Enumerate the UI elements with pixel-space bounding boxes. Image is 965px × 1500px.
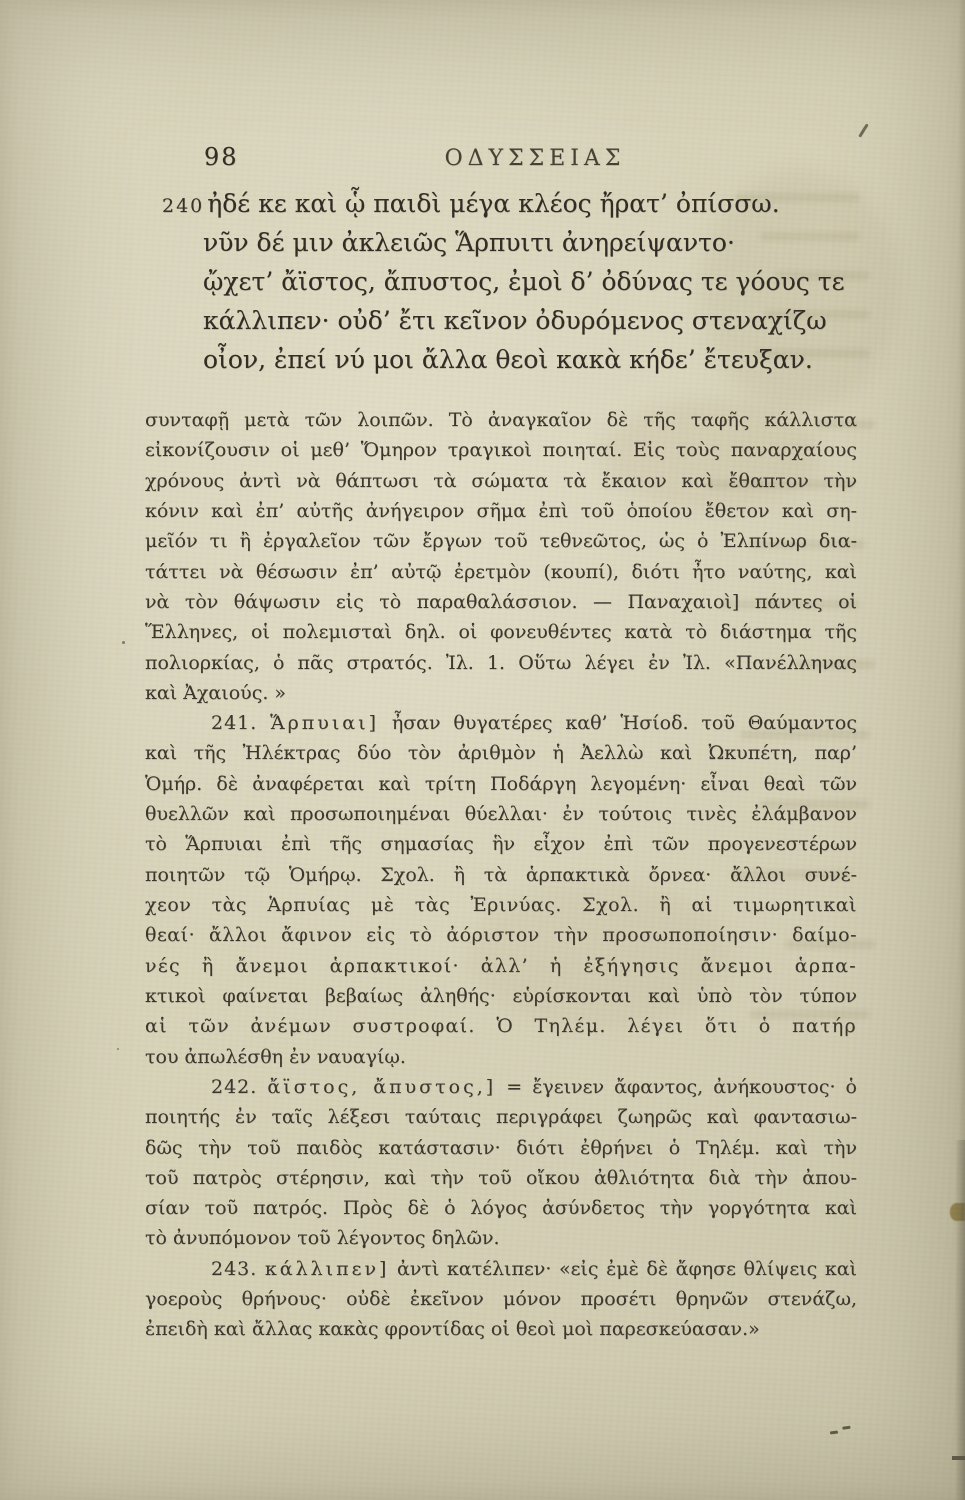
commentary-line: γοεροὺς θρήνους· οὐδὲ ἐκεῖνον μόνον προσ… — [145, 1284, 857, 1314]
note-text: ἀντὶ κατέλιπεν· «εἰς ἐμὲ δὲ ἄφησε θλίψει… — [397, 1258, 857, 1280]
commentary-line: καὶ Ἀχαιούς. » — [145, 678, 857, 708]
commentary-line: ποιητῶν τῷ Ὁμήρῳ. Σχολ. ἢ τὰ ἁρπακτικὰ ὄ… — [145, 860, 857, 890]
verse-line: οἶον, ἐπεί νύ μοι ἄλλα θεοὶ κακὰ κήδε’ ἔ… — [203, 340, 862, 379]
commentary-paragraph-lead: 243. κάλλιπεν] ἀντὶ κατέλιπεν· «εἰς ἐμὲ … — [145, 1254, 857, 1284]
note-number: 242. — [211, 1076, 257, 1098]
commentary-line: θυελλῶν καὶ προσωποιημέναι θύελλαι· ἐν τ… — [145, 799, 857, 829]
note-lemma: κάλλιπεν] — [265, 1258, 390, 1280]
note-number: 241. — [211, 712, 257, 734]
commentary-line: ποιητής ἐν ταῖς λέξεσι ταύταις περιγράφε… — [145, 1102, 857, 1132]
note-text: ἦσαν θυγατέρες καθ’ Ἡσίοδ. τοῦ Θαύμαντος — [392, 712, 857, 734]
commentary-line: τάττει νὰ θέσωσιν ἐπ’ αὐτῷ ἐρετμὸν (κουπ… — [145, 557, 857, 587]
commentary-line: ἐπειδὴ καὶ ἄλλας κακὰς φροντίδας οἱ θεοὶ… — [145, 1314, 857, 1344]
commentary-line: τοῦ πατρὸς στέρησιν, καὶ τὴν τοῦ οἴκου ἀ… — [145, 1163, 857, 1193]
commentary-line: δῶς τὴν τοῦ παιδὸς κατάστασιν· διότι ἐθρ… — [145, 1133, 857, 1163]
pen-mark — [830, 1430, 838, 1434]
commentary-line: αἱ τῶν ἀνέμων συστροφαί. Ὁ Τηλέμ. λέγει … — [145, 1011, 857, 1041]
verse-line: κάλλιπεν· οὐδ’ ἔτι κεῖνον ὀδυρόμενος στε… — [203, 301, 862, 340]
commentary-line: χεον τὰς Ἁρπυίας μὲ τὰς Ἐρινύας. Σχολ. ἢ… — [145, 890, 857, 920]
commentary-line: νὰ τὸν θάψωσιν εἰς τὸ παραθαλάσσιον. — Π… — [145, 587, 857, 617]
verse-line: ᾤχετ’ ἄϊστος, ἄπυστος, ἐμοὶ δ’ ὀδύνας τε… — [203, 262, 862, 301]
commentary-line: Ὁμήρ. δὲ ἀναφέρεται καὶ τρίτη Ποδάργη λε… — [145, 769, 857, 799]
commentary-line: κτικοὶ φαίνεται βεβαίως ἀληθής· εὑρίσκον… — [145, 981, 857, 1011]
commentary-paragraph-lead: 242. ἄϊστος, ἄπυστος,] = ἔγεινεν ἄφαντος… — [145, 1072, 857, 1102]
commentary-line: εἰκονίζουσιν οἱ μεθ’ Ὅμηρον τραγικοὶ ποι… — [145, 435, 857, 465]
commentary-line: Ἕλληνες, οἱ πολεμισταὶ δηλ. οἱ φονευθέντ… — [145, 617, 857, 647]
commentary-line: σίαν τοῦ πατρός. Πρὸς δὲ ὁ λόγος ἀσύνδετ… — [145, 1193, 857, 1223]
commentary-line: κόνιν καὶ ἐπ’ αὐτῆς ἀνήγειρον σῆμα ἐπὶ τ… — [145, 496, 857, 526]
scanned-book-page: 98 ΟΔΥΣΣΕΙΑΣ 240ἠδέ κε καὶ ᾧ παιδὶ μέγα … — [0, 0, 965, 1500]
ink-speck — [122, 641, 125, 644]
commentary-line: τὸ Ἅρπυιαι ἐπὶ τῆς σημασίας ἣν εἶχον ἐπὶ… — [145, 829, 857, 859]
commentary-line: πολιορκίας, ὁ πᾶς στρατός. Ἰλ. 1. Οὕτω λ… — [145, 648, 857, 678]
note-lemma: Ἅρπυιαι] — [270, 712, 379, 734]
verse-line: 240ἠδέ κε καὶ ᾧ παιδὶ μέγα κλέος ἤρατ’ ὀ… — [162, 184, 862, 223]
note-number: 243. — [211, 1258, 257, 1280]
commentary-line: τὸ ἀνυπόμονον τοῦ λέγοντος δηλῶν. — [145, 1223, 857, 1253]
note-text: = ἔγεινεν ἄφαντος, ἀνήκουστος· ὁ — [506, 1076, 857, 1098]
running-header-title: ΟΔΥΣΣΕΙΑΣ — [425, 146, 645, 171]
commentary-block: συνταφῇ μετὰ τῶν λοιπῶν. Τὸ ἀναγκαῖον δὲ… — [145, 405, 857, 1345]
page-edge-shadow — [955, 1140, 965, 1500]
commentary-line: θεαί· ἄλλοι ἄφινον εἰς τὸ ἀόριστον τὴν π… — [145, 920, 857, 950]
verse-line-number: 240 — [162, 195, 204, 217]
commentary-line: νές ἢ ἄνεμοι ἁρπακτικοί· ἀλλ’ ἡ ἐξήγησις… — [145, 951, 857, 981]
commentary-paragraph-lead: 241. Ἅρπυιαι] ἦσαν θυγατέρες καθ’ Ἡσίοδ.… — [145, 708, 857, 738]
commentary-line: του ἀπωλέσθη ἐν ναυαγίῳ. — [145, 1042, 857, 1072]
commentary-line: συνταφῇ μετὰ τῶν λοιπῶν. Τὸ ἀναγκαῖον δὲ… — [145, 405, 857, 435]
verse-block: 240ἠδέ κε καὶ ᾧ παιδὶ μέγα κλέος ἤρατ’ ὀ… — [162, 184, 862, 379]
page-edge-shadow — [958, 0, 965, 1140]
page-number: 98 — [204, 143, 239, 171]
note-lemma: ἄϊστος, ἄπυστος,] — [267, 1076, 496, 1098]
commentary-line: χρόνους ἀντὶ νὰ θάπτωσι τὰ σώματα τὰ ἔκα… — [145, 466, 857, 496]
verse-line-text: ἠδέ κε καὶ ᾧ παιδὶ μέγα κλέος ἤρατ’ ὀπίσ… — [207, 189, 779, 218]
commentary-line: μεῖόν τι ἢ ἐργαλεῖον τῶν ἔργων τοῦ τεθνε… — [145, 526, 857, 556]
ink-speck — [117, 1048, 119, 1050]
commentary-line: καὶ τῆς Ἠλέκτρας δύο τὸν ἀριθμὸν ἡ Ἀελλὼ… — [145, 738, 857, 768]
verse-line: νῦν δέ μιν ἀκλειῶς Ἅρπυιτι ἀνηρείψαντο· — [203, 223, 862, 262]
pen-mark — [858, 123, 868, 137]
